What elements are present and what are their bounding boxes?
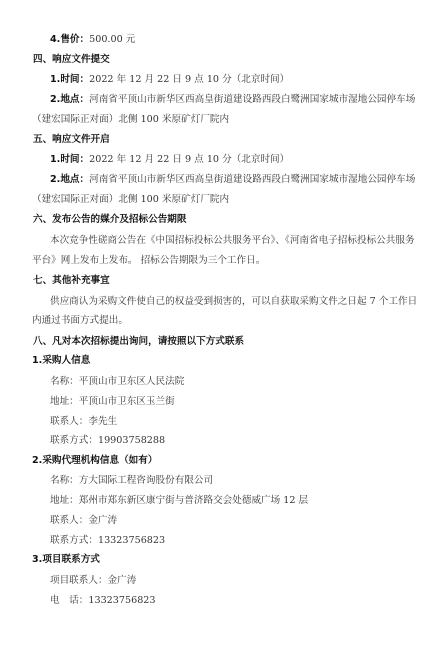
sec4-place: 2.地点：河南省平顶山市新华区西高皇街道建设路西段白鹭洲国家城市湿地公园停车场 [50, 93, 415, 107]
agency-address: 地址：郑州市郑东新区康宁街与普济路交会处德威广场 12 层 [50, 494, 308, 508]
sec5-time-label: 1.时间： [50, 154, 89, 165]
project-contact-phone: 电 话：13323756823 [50, 594, 156, 608]
sec5-time: 1.时间：2022 年 12 月 22 日 9 点 10 分（北京时间） [50, 153, 289, 167]
sec4-place-value: 河南省平顶山市新华区西高皇街道建设路西段白鹭洲国家城市湿地公园停车场 [89, 94, 415, 105]
sec5-place-value: 河南省平顶山市新华区西高皇街道建设路西段白鹭洲国家城市湿地公园停车场 [89, 174, 415, 185]
sec4-time: 1.时间：2022 年 12 月 22 日 9 点 10 分（北京时间） [50, 73, 289, 87]
sec7-body-2: 内通过书面方式提出。 [32, 314, 128, 328]
agency-contact: 联系人：金广涛 [50, 514, 117, 528]
sec5-place-label: 2.地点： [50, 174, 89, 185]
price-value: 500.00 元 [89, 34, 135, 45]
sec5-time-value: 2022 年 12 月 22 日 9 点 10 分（北京时间） [89, 154, 289, 165]
price-label: 4.售价： [50, 34, 89, 45]
agency-name: 名称：方大国际工程咨询股份有限公司 [50, 474, 213, 488]
sec6-body-2: 平台》网上发布上发布。 招标公告期限为三个工作日。 [32, 254, 265, 268]
project-contact-person: 项目联系人：金广涛 [50, 574, 136, 588]
sec4-place-label: 2.地点： [50, 94, 89, 105]
agency-heading: 2.采购代理机构信息（如有） [32, 454, 157, 468]
section-5-heading: 五、响应文件开启 [33, 133, 110, 147]
section-4-heading: 四、响应文件提交 [33, 53, 110, 67]
purchaser-address: 地址：平顶山市卫东区玉兰街 [50, 395, 175, 409]
section-8-heading: 八、凡对本次招标提出询问，请按照以下方式联系 [33, 335, 244, 349]
sec6-body-1: 本次竞争性磋商公告在《中国招标投标公共服务平台》、《河南省电子招标投标公共服务 [50, 234, 415, 248]
sec5-place: 2.地点：河南省平顶山市新华区西高皇街道建设路西段白鹭洲国家城市湿地公园停车场 [50, 173, 415, 187]
sec4-time-label: 1.时间： [50, 74, 89, 85]
agency-phone: 联系方式：13323756823 [50, 534, 165, 548]
sec4-time-value: 2022 年 12 月 22 日 9 点 10 分（北京时间） [89, 74, 289, 85]
purchaser-heading: 1.采购人信息 [32, 354, 90, 368]
price-line: 4.售价：500.00 元 [50, 33, 135, 47]
sec4-place-cont: （建宏国际正对面）北侧 100 米原矿灯厂院内 [32, 113, 229, 127]
purchaser-phone: 联系方式：19903758288 [50, 434, 165, 448]
sec5-place-cont: （建宏国际正对面）北侧 100 米原矿灯厂院内 [32, 193, 229, 207]
sec7-body-1: 供应商认为采购文件使自己的权益受到损害的，可以自获取采购文件之日起 7 个工作日 [50, 295, 417, 309]
section-6-heading: 六、发布公告的媒介及招标公告期限 [33, 213, 187, 227]
section-7-heading: 七、其他补充事宜 [33, 274, 110, 288]
purchaser-contact: 联系人：李先生 [50, 415, 117, 429]
purchaser-name: 名称：平顶山市卫东区人民法院 [50, 375, 184, 389]
project-contact-heading: 3.项目联系方式 [32, 553, 100, 567]
